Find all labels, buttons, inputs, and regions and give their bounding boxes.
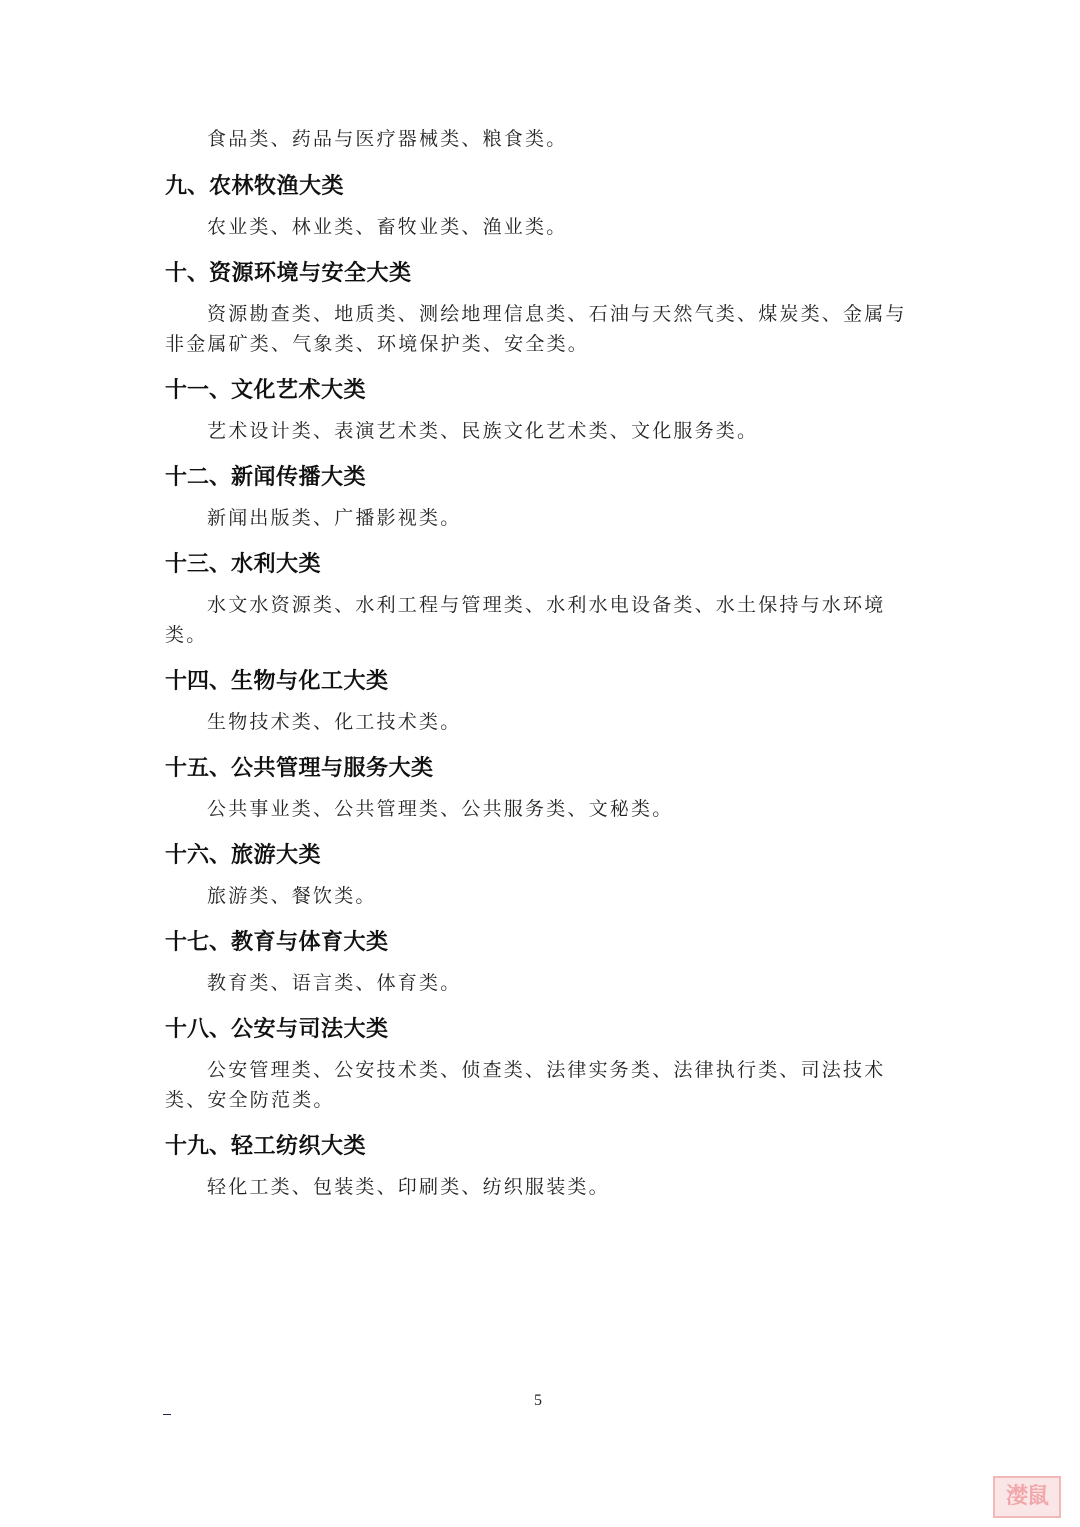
section-heading: 十五、公共管理与服务大类 bbox=[165, 754, 925, 784]
section-resources-environment: 十、资源环境与安全大类 资源勘查类、地质类、测绘地理信息类、石油与天然气类、煤炭… bbox=[165, 259, 925, 359]
section-number: 十、 bbox=[165, 261, 209, 286]
section-journalism: 十二、新闻传播大类 新闻出版类、广播影视类。 bbox=[165, 463, 925, 533]
document-page: 食品类、药品与医疗器械类、粮食类。 九、农林牧渔大类 农业类、林业类、畜牧业类、… bbox=[0, 0, 1080, 1527]
section-number: 十五、 bbox=[165, 756, 231, 781]
section-heading: 十七、教育与体育大类 bbox=[165, 928, 925, 958]
section-number: 十六、 bbox=[165, 843, 231, 868]
section-items: 旅游类、餐饮类。 bbox=[165, 881, 925, 911]
section-items: 教育类、语言类、体育类。 bbox=[165, 968, 925, 998]
section-number: 十四、 bbox=[165, 669, 231, 694]
section-heading: 十八、公安与司法大类 bbox=[165, 1015, 925, 1045]
section-title: 教育与体育大类 bbox=[231, 930, 389, 955]
section-items: 公共事业类、公共管理类、公共服务类、文秘类。 bbox=[165, 794, 925, 824]
intro-line: 食品类、药品与医疗器械类、粮食类。 bbox=[165, 124, 925, 154]
section-items: 水文水资源类、水利工程与管理类、水利水电设备类、水土保持与水环境类。 bbox=[165, 590, 925, 650]
footer-mark bbox=[163, 1414, 171, 1415]
section-water-conservancy: 十三、水利大类 水文水资源类、水利工程与管理类、水利水电设备类、水土保持与水环境… bbox=[165, 550, 925, 650]
section-education-sports: 十七、教育与体育大类 教育类、语言类、体育类。 bbox=[165, 928, 925, 998]
section-heading: 十一、文化艺术大类 bbox=[165, 376, 925, 406]
section-tourism: 十六、旅游大类 旅游类、餐饮类。 bbox=[165, 841, 925, 911]
section-heading: 十三、水利大类 bbox=[165, 550, 925, 580]
section-title: 公共管理与服务大类 bbox=[231, 756, 434, 781]
section-title: 新闻传播大类 bbox=[231, 465, 366, 490]
section-heading: 九、农林牧渔大类 bbox=[165, 172, 925, 202]
section-heading: 十四、生物与化工大类 bbox=[165, 667, 925, 697]
section-public-management: 十五、公共管理与服务大类 公共事业类、公共管理类、公共服务类、文秘类。 bbox=[165, 754, 925, 824]
section-items: 农业类、林业类、畜牧业类、渔业类。 bbox=[165, 212, 925, 242]
section-number: 十三、 bbox=[165, 552, 231, 577]
section-light-industry-textile: 十九、轻工纺织大类 轻化工类、包装类、印刷类、纺织服装类。 bbox=[165, 1132, 925, 1202]
section-title: 资源环境与安全大类 bbox=[209, 261, 412, 286]
section-title: 生物与化工大类 bbox=[231, 669, 389, 694]
section-number: 十八、 bbox=[165, 1017, 231, 1042]
section-items: 生物技术类、化工技术类。 bbox=[165, 707, 925, 737]
section-title: 轻工纺织大类 bbox=[231, 1134, 366, 1159]
section-number: 十一、 bbox=[165, 378, 231, 403]
section-agriculture: 九、农林牧渔大类 农业类、林业类、畜牧业类、渔业类。 bbox=[165, 172, 925, 242]
section-biology-chemical: 十四、生物与化工大类 生物技术类、化工技术类。 bbox=[165, 667, 925, 737]
section-title: 文化艺术大类 bbox=[231, 378, 366, 403]
section-number: 十七、 bbox=[165, 930, 231, 955]
section-number: 九、 bbox=[165, 174, 209, 199]
section-heading: 十九、轻工纺织大类 bbox=[165, 1132, 925, 1162]
section-heading: 十六、旅游大类 bbox=[165, 841, 925, 871]
section-culture-arts: 十一、文化艺术大类 艺术设计类、表演艺术类、民族文化艺术类、文化服务类。 bbox=[165, 376, 925, 446]
page-number: 5 bbox=[534, 1392, 542, 1410]
section-number: 十二、 bbox=[165, 465, 231, 490]
section-title: 农林牧渔大类 bbox=[209, 174, 344, 199]
section-items: 艺术设计类、表演艺术类、民族文化艺术类、文化服务类。 bbox=[165, 416, 925, 446]
section-items: 资源勘查类、地质类、测绘地理信息类、石油与天然气类、煤炭类、金属与非金属矿类、气… bbox=[165, 299, 925, 359]
watermark-logo: 漤鼠 bbox=[993, 1476, 1061, 1518]
section-items: 轻化工类、包装类、印刷类、纺织服装类。 bbox=[165, 1172, 925, 1202]
document-content: 食品类、药品与医疗器械类、粮食类。 九、农林牧渔大类 农业类、林业类、畜牧业类、… bbox=[165, 124, 925, 1219]
section-items: 新闻出版类、广播影视类。 bbox=[165, 503, 925, 533]
section-public-security-judicial: 十八、公安与司法大类 公安管理类、公安技术类、侦查类、法律实务类、法律执行类、司… bbox=[165, 1015, 925, 1115]
watermark-text: 漤鼠 bbox=[1006, 1486, 1048, 1508]
section-title: 公安与司法大类 bbox=[231, 1017, 389, 1042]
section-number: 十九、 bbox=[165, 1134, 231, 1159]
section-title: 水利大类 bbox=[231, 552, 321, 577]
section-heading: 十、资源环境与安全大类 bbox=[165, 259, 925, 289]
section-title: 旅游大类 bbox=[231, 843, 321, 868]
section-heading: 十二、新闻传播大类 bbox=[165, 463, 925, 493]
section-items: 公安管理类、公安技术类、侦查类、法律实务类、法律执行类、司法技术类、安全防范类。 bbox=[165, 1055, 925, 1115]
